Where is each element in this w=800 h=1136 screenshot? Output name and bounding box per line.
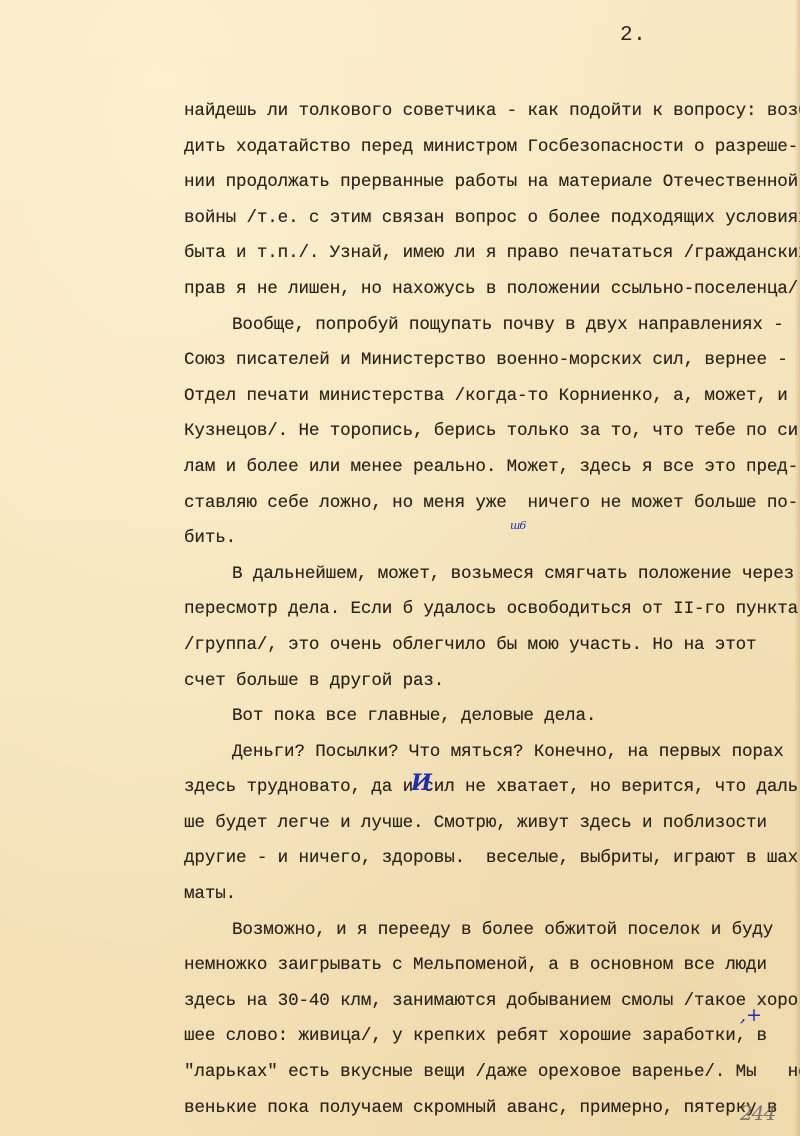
text-line: /группа/, это очень облегчило бы мою уча… <box>184 628 800 664</box>
text-line: здесь на 30-40 клм, занимаются добывание… <box>184 984 800 1020</box>
text-line: быта и т.п./. Узнай, имею ли я право печ… <box>184 236 800 272</box>
text-line: Союз писателей и Министерство военно-мор… <box>184 343 800 379</box>
text-line: Вообще, попробуй пощупать почву в двух н… <box>184 308 800 344</box>
text-line: маты. <box>184 877 800 913</box>
handwritten-correction: ш6 <box>510 519 525 532</box>
text-line: "ларьках" есть вкусные вещи /даже орехов… <box>184 1055 800 1091</box>
text-line: шее слово: живица/, у крепких ребят хоро… <box>184 1019 800 1055</box>
text-line: прав я не лишен, но нахожусь в положении… <box>184 272 800 308</box>
text-line: Вот пока все главные, деловые дела. <box>184 699 800 735</box>
text-line: дить ходатайство перед министром Госбезо… <box>184 130 800 166</box>
text-line: Возможно, и я перееду в более обжитой по… <box>184 913 800 949</box>
text-line: нии продолжать прерванные работы на мате… <box>184 165 800 201</box>
text-line: немножко заигрывать с Мельпоменой, а в о… <box>184 948 800 984</box>
text-line: Деньги? Посылки? Что мяться? Конечно, на… <box>184 735 800 771</box>
text-line: счет больше в другой раз. <box>184 664 800 700</box>
text-line: венькие пока получаем скромный аванс, пр… <box>184 1091 800 1127</box>
text-line: войны /т.е. с этим связан вопрос о более… <box>184 201 800 237</box>
text-line: другие - и ничего, здоровы. веселые, выб… <box>184 841 800 877</box>
text-line: Отдел печати министерства /когда-то Корн… <box>184 379 800 415</box>
text-line: здесь трудновато, да и сил не хватает, н… <box>184 770 800 806</box>
text-line: пересмотр дела. Если б удалось освободит… <box>184 592 800 628</box>
text-line: бить. <box>184 521 800 557</box>
handwritten-inserted-letter: И <box>411 770 432 796</box>
text-line: В дальнейшем, может, возьмеся смягчать п… <box>184 557 800 593</box>
archive-folio-number: 244 <box>740 1101 775 1125</box>
text-line: лам и более или менее реально. Может, зд… <box>184 450 800 486</box>
letter-body: найдешь ли толкового советчика - как под… <box>184 94 800 1126</box>
text-line: ше будет легче и лучше. Смотрю, живут зд… <box>184 806 800 842</box>
typewritten-letter-page: 2. найдешь ли толкового советчика - как … <box>0 0 800 1136</box>
text-line: ставляю себе ложно, но меня уже ничего н… <box>184 486 800 522</box>
text-line: найдешь ли толкового советчика - как под… <box>184 94 800 130</box>
page-number: 2. <box>620 24 646 47</box>
handwritten-insert-mark: ,+ <box>740 1004 762 1026</box>
text-line: Кузнецов/. Не торопись, берись только за… <box>184 414 800 450</box>
